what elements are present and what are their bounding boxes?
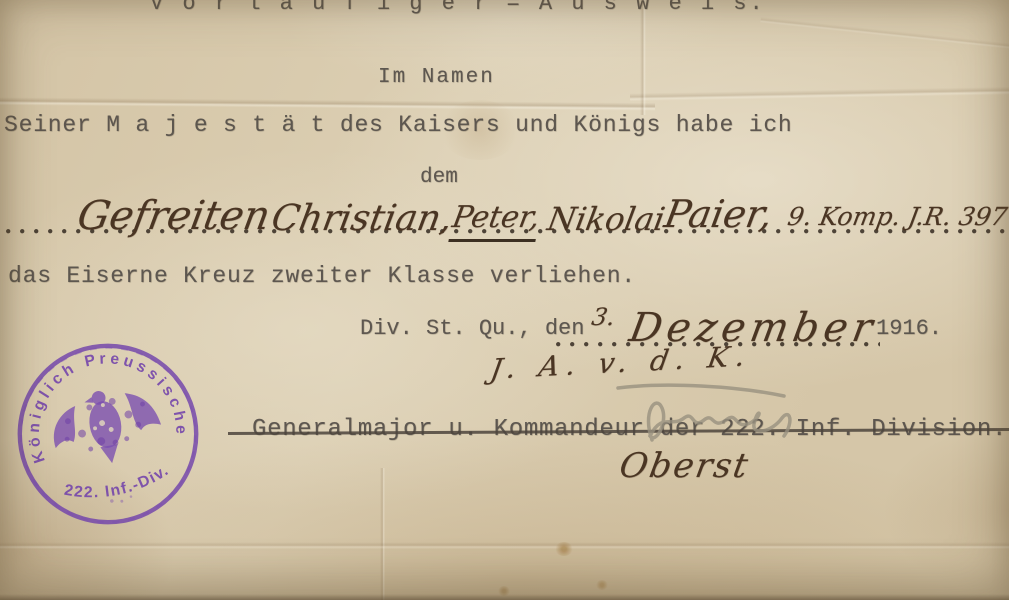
stain-spot xyxy=(596,580,608,590)
crease-line xyxy=(630,87,1009,102)
signature-rank: Oberst xyxy=(616,446,752,486)
photo-bottom-edge xyxy=(0,594,1009,600)
date-year: 1916. xyxy=(876,316,942,341)
date-day-handwritten: 3. xyxy=(590,303,618,331)
majesty-line: Seiner M a j e s t ä t des Kaisers und K… xyxy=(4,112,793,138)
date-place-prefix: Div. St. Qu., den xyxy=(360,316,584,341)
prussian-eagle-icon xyxy=(47,381,166,472)
title-line: V o r l ä u f i g e r = A u s w e i s. xyxy=(150,0,750,16)
crease-line xyxy=(380,468,385,600)
recipient-rank: Gefreiten xyxy=(74,193,274,239)
recipient-surname: Paier, xyxy=(661,192,776,236)
crease-line xyxy=(640,0,646,115)
division-stamp: Königlich Preussische 222. Inf.-Div. xyxy=(0,320,222,547)
crease-line xyxy=(0,542,1009,549)
recipient-unit: 9. Komp. J.R. 397 xyxy=(785,202,1009,231)
crease-line xyxy=(0,97,655,111)
dem-line: dem xyxy=(420,166,458,189)
stamp-arc-bottom-text: 222. Inf.-Div. xyxy=(60,461,175,509)
recipient-name-3: Nikolai xyxy=(545,200,668,238)
award-line: das Eiserne Kreuz zweiter Klasse verlieh… xyxy=(8,263,636,289)
stain-spot xyxy=(555,542,573,556)
in-the-name-line: Im Namen xyxy=(378,66,495,89)
recipient-name-1: Christian, xyxy=(268,198,455,239)
recipient-name-2: Peter, xyxy=(448,200,542,242)
crease-line xyxy=(760,17,1009,49)
certificate-document: V o r l ä u f i g e r = A u s w e i s. I… xyxy=(0,0,1009,600)
